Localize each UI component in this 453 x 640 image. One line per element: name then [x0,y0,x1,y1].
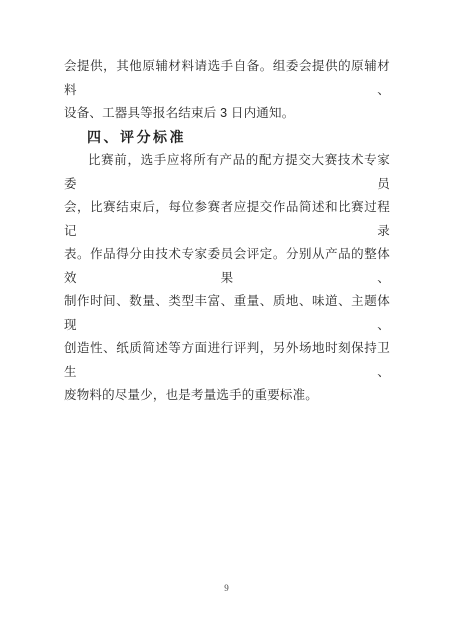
paragraph-line: 设备、工器具等报名结束后 3 日内通知。 [64,102,390,126]
section-heading: 四、评分标准 [64,126,390,150]
document-page: 会提供，其他原辅材料请选手自备。组委会提供的原辅材料、 设备、工器具等报名结束后… [0,0,453,640]
paragraph-line: 制作时间、数量、类型丰富、重量、质地、味道、主题体现、 [64,290,390,337]
paragraph-line: 会提供，其他原辅材料请选手自备。组委会提供的原辅材料、 [64,55,390,102]
paragraph-line: 创造性、纸质简述等方面进行评判，另外场地时刻保持卫生、 [64,337,390,384]
paragraph-line: 废物料的尽量少，也是考量选手的重要标准。 [64,384,390,408]
paragraph-line: 会，比赛结束后，每位参赛者应提交作品简述和比赛过程记录 [64,196,390,243]
paragraph-line: 表。作品得分由技术专家委员会评定。分别从产品的整体效果、 [64,243,390,290]
paragraph-line: 比赛前，选手应将所有产品的配方提交大赛技术专家委员 [64,149,390,196]
document-body: 会提供，其他原辅材料请选手自备。组委会提供的原辅材料、 设备、工器具等报名结束后… [64,55,390,408]
page-number: 9 [0,583,453,593]
